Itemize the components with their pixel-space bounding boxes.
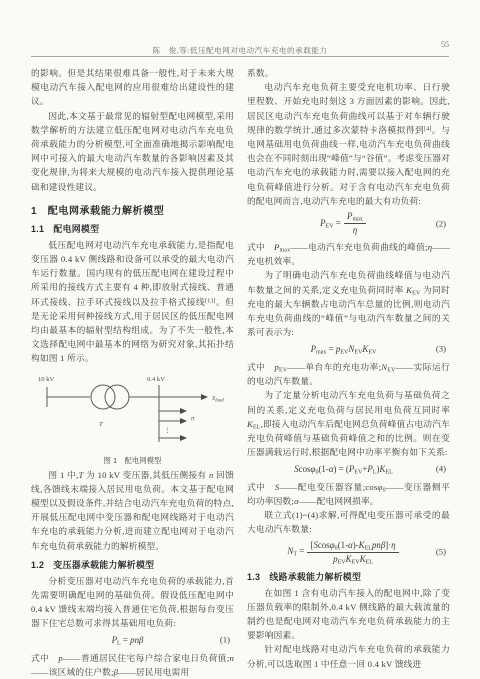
paragraph: 在如图 1 含有电动汽车接入的配电网中,除了变压器负载率的限制外,0.4 kV … (247, 586, 450, 643)
paragraph: 因此,本文基于最常见的辐射型配电网模型,采用数学解析的方法建立低压配电网对电动汽… (31, 109, 234, 194)
distribution-network-diagram: 10 kV 0.4 kV T Sload n ⋮ (31, 370, 234, 454)
subsection-heading-1-3: 1.3 线路承载能力解析模型 (247, 570, 450, 583)
equation-number: (1) (220, 634, 230, 647)
paragraph: 的影响。但是其结果很难具备一般性,对于未来大规模电动汽车接入配电网的应用很难给出… (31, 66, 234, 109)
two-column-body: 的影响。但是其结果很难具备一般性,对于未来大规模电动汽车接入配电网的应用很难给出… (31, 66, 449, 679)
paragraph: 低压配电网对电动汽车充电承载能力,是指配电变压器 0.4 kV 侧线路和设备可以… (31, 238, 234, 366)
numerator: [Scosφ0(1-α)-KELpnβ]·η (307, 540, 398, 553)
equation-2: PEV = Pmaxη (2) (247, 211, 440, 236)
paragraph: 式中 Pmax——电动汽车充电负荷曲线的峰值;η——充电机效率。 (247, 240, 450, 268)
numerator: Pmax (344, 211, 366, 224)
page-number: 55 (441, 40, 449, 49)
header-rule (31, 56, 449, 57)
paragraph: 式中 pEV——单台车的充电功率;NEV——实际运行的电动汽车数量。 (247, 360, 450, 388)
equation-number: (3) (436, 343, 446, 356)
circuit-lines (47, 385, 201, 442)
equation-lhs: PEV = (320, 218, 343, 228)
paragraph: 式中 p——普通居民住宅每户综合家电日负荷值;n——该区域的住户数;β——居民用… (31, 651, 234, 679)
paragraph: 式中 S——配电变压器容量;cosφ0——变压器侧平均功率因数;α——配电网网损… (247, 480, 450, 508)
subsection-heading-1-1: 1.1 配电网模型 (31, 222, 234, 235)
paragraph: 分析变压器对电动汽车充电负荷的承载能力,首先需要明确配电网的基础负荷。假设低压配… (31, 574, 234, 631)
equation-lhs: NT = (287, 546, 306, 556)
equation-1: PL = pnβ (1) (31, 634, 224, 647)
paragraph: 电动汽车充电负荷主要受充电机功率、日行驶里程数、开始充电时刻这 3 方面因素的影… (247, 80, 450, 208)
paragraph: 为了明确电动汽车充电负荷曲线峰值与电动汽车数量之间的关系,定义充电负荷同时率 K… (247, 268, 450, 339)
figure-1: 10 kV 0.4 kV T Sload n ⋮ 图 1 配电网模型 (31, 370, 234, 466)
subsection-heading-1-2: 1.2 变压器承载能力解析模型 (31, 558, 234, 571)
section-heading-1: 1 配电网承载能力解析模型 (31, 202, 234, 217)
paragraph: 针对配电线路对电动汽车充电负荷的承载能力分析,可以选取图 1 中任意一回 0.4… (247, 642, 450, 670)
equation-body: NT = [Scosφ0(1-α)-KELpnβ]·ηpEVKEVKEL (287, 540, 399, 565)
equation-number: (5) (436, 546, 446, 559)
equation-4: Scosφ0(1-α) = (PEV+PL)KEL (4) (247, 462, 440, 475)
denominator: η (344, 224, 366, 236)
paragraph: 联立式(1)~(4)求解,可得配电变压器可承受的最大电动汽车数量: (247, 508, 450, 536)
equation-5: NT = [Scosφ0(1-α)-KELpnβ]·ηpEVKEVKEL (5) (247, 540, 440, 565)
label-10kv: 10 kV (38, 376, 55, 383)
equation-number: (4) (436, 463, 446, 476)
paper-page: 陈 俊,等:低压配电网对电动汽车充电的承载能力 55 的影响。但是其结果很难具备… (0, 0, 480, 679)
left-column: 的影响。但是其结果很难具备一般性,对于未来大规模电动汽车接入配电网的应用很难给出… (31, 66, 234, 679)
paragraph: 为了定量分析电动汽车充电负荷与基础负荷之间的关系,定义充电负荷与居民用电负荷互同… (247, 388, 450, 459)
equation-body: Pmax = pEVNEVKEV (311, 343, 377, 356)
equation-body: PL = pnβ (112, 634, 144, 647)
fraction: Pmaxη (344, 211, 366, 236)
label-04kv: 0.4 kV (147, 376, 165, 383)
denominator: pEVKEVKEL (307, 553, 398, 565)
running-header: 陈 俊,等:低压配电网对电动汽车充电的承载能力 55 (31, 40, 449, 53)
fraction: [Scosφ0(1-α)-KELpnβ]·ηpEVKEVKEL (307, 540, 398, 565)
equation-body: Scosφ0(1-α) = (PEV+PL)KEL (294, 463, 393, 476)
right-column: 系数。 电动汽车充电负荷主要受充电机功率、日行驶里程数、开始充电时刻这 3 方面… (247, 66, 450, 679)
equation-3: Pmax = pEVNEVKEV (3) (247, 342, 440, 355)
figure-caption: 图 1 配电网模型 (31, 455, 234, 466)
equation-body: PEV = Pmaxη (320, 211, 367, 236)
equation-number: (2) (436, 217, 446, 230)
label-n-feeders: n (191, 415, 195, 422)
label-s-load: Sload (212, 395, 224, 404)
running-title: 陈 俊,等:低压配电网对电动汽车充电的承载能力 (153, 46, 328, 55)
label-s-sub: load (215, 398, 224, 403)
paragraph: 图 1 中,T 为 10 kV 变压器,其低压侧接有 n 回馈线,各馈线末端接入… (31, 468, 234, 553)
paragraph: 系数。 (247, 66, 450, 80)
vertical-ellipsis: ⋮ (164, 427, 171, 434)
label-transformer-t: T (99, 421, 104, 428)
